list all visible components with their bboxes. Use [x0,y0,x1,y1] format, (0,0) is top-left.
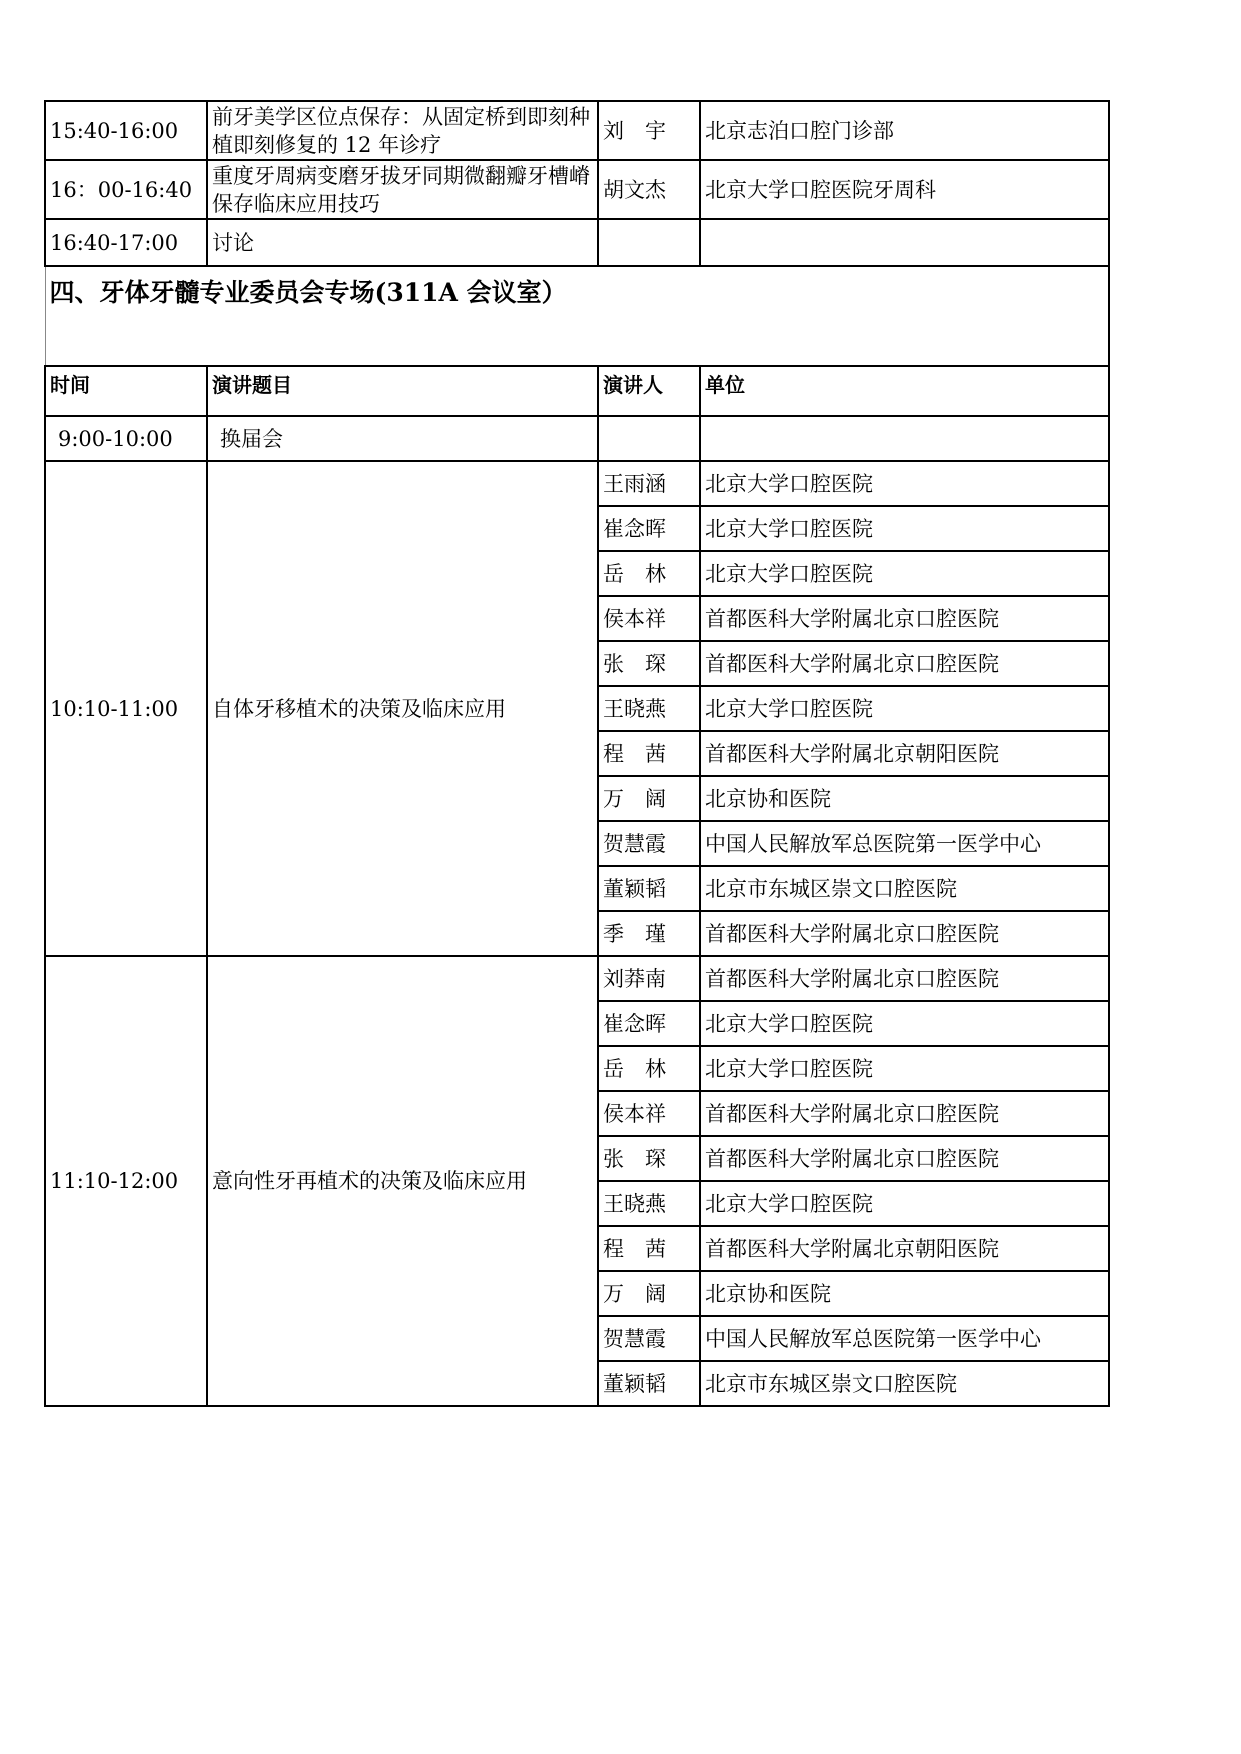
speaker-cell: 贺慧霞 [598,821,700,866]
unit-cell: 北京大学口腔医院 [700,686,1109,731]
table-row-opening: 9:00-10:00 换届会 [45,416,1109,461]
header-row: 时间 演讲题目 演讲人 单位 [45,366,1109,416]
speaker-cell [598,219,700,266]
schedule-page: 15:40-16:00 前牙美学区位点保存：从固定桥到即刻种植即刻修复的 12 … [44,100,1108,1407]
unit-cell: 中国人民解放军总医院第一医学中心 [700,821,1109,866]
title-cell: 意向性牙再植术的决策及临床应用 [207,956,598,1406]
speaker-cell: 崔念晖 [598,1001,700,1046]
time-cell: 16：00-16:40 [45,160,207,219]
unit-cell: 首都医科大学附属北京口腔医院 [700,1091,1109,1136]
table-row: 15:40-16:00 前牙美学区位点保存：从固定桥到即刻种植即刻修复的 12 … [45,101,1109,160]
table-row: 10:10-11:00自体牙移植术的决策及临床应用王雨涵北京大学口腔医院 [45,461,1109,506]
speaker-cell: 胡文杰 [598,160,700,219]
speaker-cell: 岳 林 [598,1046,700,1091]
unit-cell: 北京大学口腔医院 [700,1181,1109,1226]
unit-cell: 首都医科大学附属北京朝阳医院 [700,1226,1109,1271]
unit-cell: 北京大学口腔医院 [700,461,1109,506]
table-row: 11:10-12:00意向性牙再植术的决策及临床应用刘莽南首都医科大学附属北京口… [45,956,1109,1001]
section-heading: 四、牙体牙髓专业委员会专场(311A 会议室） [45,266,1109,366]
header-speaker: 演讲人 [598,366,700,416]
speaker-cell: 张 琛 [598,641,700,686]
speaker-cell: 刘 宇 [598,101,700,160]
unit-cell [700,416,1109,461]
speaker-cell: 程 茜 [598,731,700,776]
speaker-cell: 刘莽南 [598,956,700,1001]
speaker-cell: 董颖韬 [598,866,700,911]
title-cell: 自体牙移植术的决策及临床应用 [207,461,598,956]
title-cell: 前牙美学区位点保存：从固定桥到即刻种植即刻修复的 12 年诊疗 [207,101,598,160]
unit-cell: 首都医科大学附属北京朝阳医院 [700,731,1109,776]
unit-cell: 北京大学口腔医院 [700,506,1109,551]
unit-cell: 首都医科大学附属北京口腔医院 [700,911,1109,956]
unit-cell: 中国人民解放军总医院第一医学中心 [700,1316,1109,1361]
time-cell: 9:00-10:00 [45,416,207,461]
unit-cell: 首都医科大学附属北京口腔医院 [700,641,1109,686]
header-time: 时间 [45,366,207,416]
speaker-cell: 岳 林 [598,551,700,596]
unit-cell: 首都医科大学附属北京口腔医院 [700,596,1109,641]
unit-cell: 首都医科大学附属北京口腔医院 [700,956,1109,1001]
speaker-cell: 董颖韬 [598,1361,700,1406]
speaker-cell [598,416,700,461]
unit-cell: 北京大学口腔医院牙周科 [700,160,1109,219]
speaker-cell: 崔念晖 [598,506,700,551]
speaker-cell: 季 瑾 [598,911,700,956]
time-cell: 10:10-11:00 [45,461,207,956]
speaker-cell: 王雨涵 [598,461,700,506]
header-unit: 单位 [700,366,1109,416]
unit-cell: 北京志泊口腔门诊部 [700,101,1109,160]
session-1: 10:10-11:00自体牙移植术的决策及临床应用王雨涵北京大学口腔医院崔念晖北… [45,461,1109,956]
speaker-cell: 万 阔 [598,776,700,821]
section-heading-row: 四、牙体牙髓专业委员会专场(311A 会议室） [45,266,1109,366]
speaker-cell: 侯本祥 [598,1091,700,1136]
title-cell: 讨论 [207,219,598,266]
speaker-cell: 侯本祥 [598,596,700,641]
unit-cell: 北京协和医院 [700,776,1109,821]
unit-cell: 北京大学口腔医院 [700,1001,1109,1046]
unit-cell [700,219,1109,266]
unit-cell: 北京市东城区崇文口腔医院 [700,1361,1109,1406]
speaker-cell: 贺慧霞 [598,1316,700,1361]
unit-cell: 北京协和医院 [700,1271,1109,1316]
speaker-cell: 张 琛 [598,1136,700,1181]
header-title: 演讲题目 [207,366,598,416]
unit-cell: 北京大学口腔医院 [700,551,1109,596]
time-cell: 11:10-12:00 [45,956,207,1406]
unit-cell: 北京市东城区崇文口腔医院 [700,866,1109,911]
session-2: 11:10-12:00意向性牙再植术的决策及临床应用刘莽南首都医科大学附属北京口… [45,956,1109,1406]
time-cell: 15:40-16:00 [45,101,207,160]
speaker-cell: 程 茜 [598,1226,700,1271]
title-cell: 重度牙周病变磨牙拔牙同期微翻瓣牙槽嵴保存临床应用技巧 [207,160,598,219]
unit-cell: 北京大学口腔医院 [700,1046,1109,1091]
schedule-table: 15:40-16:00 前牙美学区位点保存：从固定桥到即刻种植即刻修复的 12 … [44,100,1110,1407]
title-cell: 换届会 [207,416,598,461]
speaker-cell: 万 阔 [598,1271,700,1316]
speaker-cell: 王晓燕 [598,1181,700,1226]
time-cell: 16:40-17:00 [45,219,207,266]
table-row: 16：00-16:40 重度牙周病变磨牙拔牙同期微翻瓣牙槽嵴保存临床应用技巧 胡… [45,160,1109,219]
speaker-cell: 王晓燕 [598,686,700,731]
table-row: 16:40-17:00 讨论 [45,219,1109,266]
unit-cell: 首都医科大学附属北京口腔医院 [700,1136,1109,1181]
